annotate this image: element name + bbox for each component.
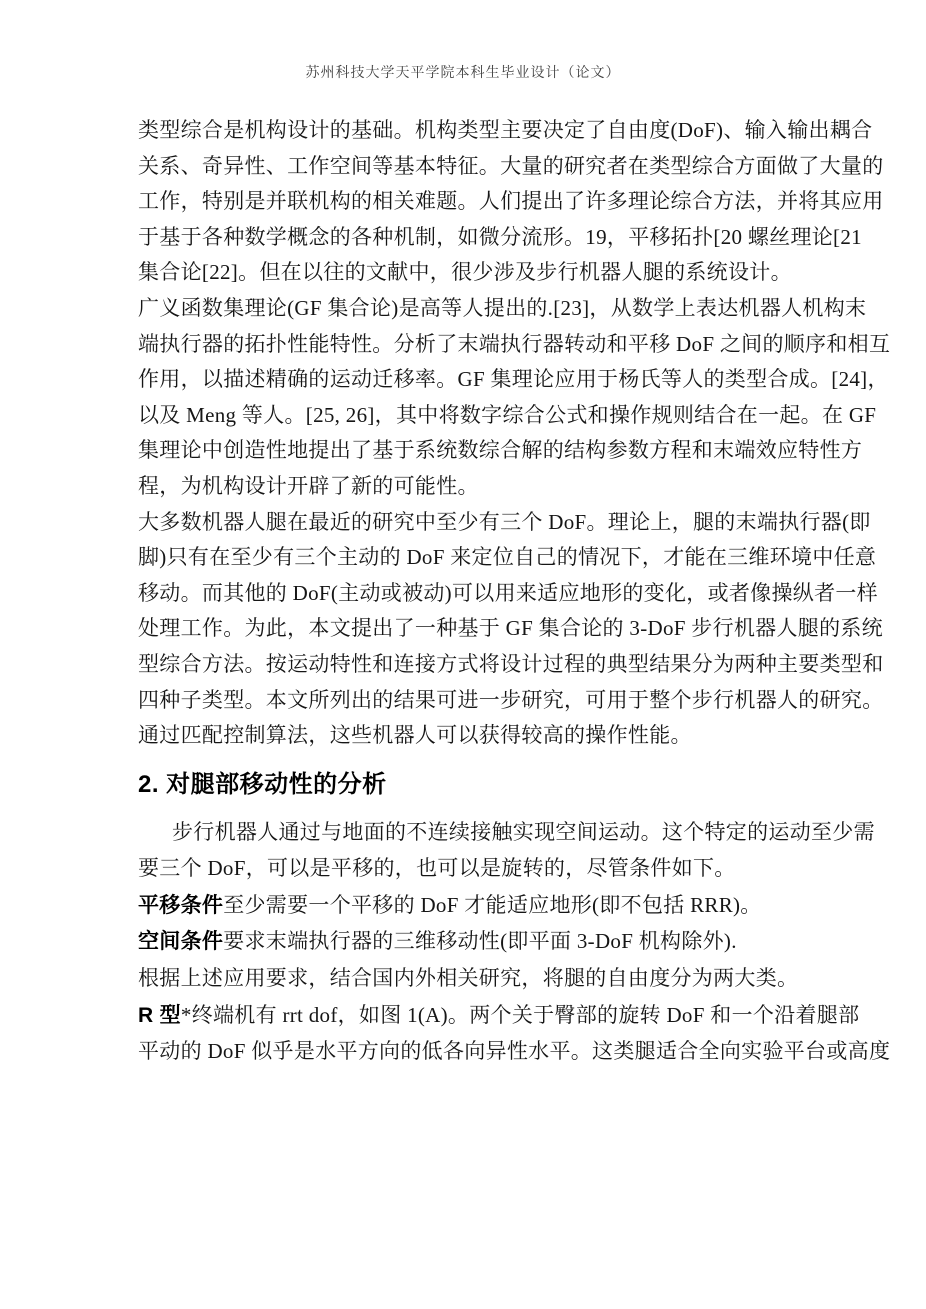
body-line: 通过匹配控制算法，这些机器人可以获得较高的操作性能。 (138, 718, 793, 754)
body-line: 类型综合是机构设计的基础。机构类型主要决定了自由度(DoF)、输入输出耦合 (138, 113, 793, 149)
r-type-term: R 型 (138, 1004, 181, 1027)
body-line: 处理工作。为此，本文提出了一种基于 GF 集合论的 3-DoF 步行机器人腿的系… (138, 611, 793, 647)
body-line: 型综合方法。按运动特性和连接方式将设计过程的典型结果分为两种主要类型和 (138, 647, 793, 683)
body-line: 于基于各种数学概念的各种机制，如微分流形。19，平移拓扑[20 螺丝理论[21 (138, 220, 793, 256)
body-line: 脚)只有在至少有三个主动的 DoF 来定位自己的情况下，才能在三维环境中任意 (138, 540, 793, 576)
body-line: 作用，以描述精确的运动迁移率。GF 集理论应用于杨氏等人的类型合成。[24]， (138, 362, 793, 398)
page-header: 苏州科技大学天平学院本科生毕业设计（论文） (0, 62, 926, 82)
condition-translation-text: 至少需要一个平移的 DoF 才能适应地形(即不包括 RRR)。 (223, 893, 761, 917)
condition-space-term: 空间条件 (138, 930, 223, 953)
document-body: 类型综合是机构设计的基础。机构类型主要决定了自由度(DoF)、输入输出耦合 关系… (138, 113, 793, 1070)
r-type-text: *终端机有 rrt dof，如图 1(A)。两个关于臀部的旋转 DoF 和一个沿… (181, 1003, 859, 1027)
body-line: 集合论[22]。但在以往的文献中，很少涉及步行机器人腿的系统设计。 (138, 255, 793, 291)
condition-space: 空间条件要求末端执行器的三维移动性(即平面 3-DoF 机构除外). (138, 923, 793, 960)
body-line: 关系、奇异性、工作空间等基本特征。大量的研究者在类型综合方面做了大量的 (138, 149, 793, 185)
body-line: 大多数机器人腿在最近的研究中至少有三个 DoF。理论上，腿的末端执行器(即 (138, 505, 793, 541)
r-type-line: R 型*终端机有 rrt dof，如图 1(A)。两个关于臀部的旋转 DoF 和… (138, 997, 793, 1034)
condition-translation: 平移条件至少需要一个平移的 DoF 才能适应地形(即不包括 RRR)。 (138, 887, 793, 924)
body-line: 程，为机构设计开辟了新的可能性。 (138, 469, 793, 505)
body-line: 端执行器的拓扑性能特性。分析了末端执行器转动和平移 DoF 之间的顺序和相互 (138, 327, 793, 363)
condition-translation-term: 平移条件 (138, 894, 223, 917)
thesis-page: 苏州科技大学天平学院本科生毕业设计（论文） 类型综合是机构设计的基础。机构类型主… (0, 0, 926, 1309)
body-line: 移动。而其他的 DoF(主动或被动)可以用来适应地形的变化，或者像操纵者一样 (138, 576, 793, 612)
body-line: 以及 Meng 等人。[25, 26]，其中将数字综合公式和操作规则结合在一起。… (138, 398, 793, 434)
condition-space-text: 要求末端执行器的三维移动性(即平面 3-DoF 机构除外). (223, 929, 737, 953)
body-line: 四种子类型。本文所列出的结果可进一步研究，可用于整个步行机器人的研究。 (138, 683, 793, 719)
body-line: 集理论中创造性地提出了基于系统数综合解的结构参数方程和末端效应特性方 (138, 433, 793, 469)
body-line: 要三个 DoF，可以是平移的，也可以是旋转的，尽管条件如下。 (138, 850, 793, 887)
body-line: 广义函数集理论(GF 集合论)是高等人提出的.[23]，从数学上表达机器人机构末 (138, 291, 793, 327)
body-line: 根据上述应用要求，结合国内外相关研究，将腿的自由度分为两大类。 (138, 960, 793, 997)
section-2-body: 步行机器人通过与地面的不连续接触实现空间运动。这个特定的运动至少需 要三个 Do… (138, 814, 793, 1070)
section-heading: 2. 对腿部移动性的分析 (138, 769, 793, 801)
body-line: 工作，特别是并联机构的相关难题。人们提出了许多理论综合方法，并将其应用 (138, 184, 793, 220)
body-line: 平动的 DoF 似乎是水平方向的低各向异性水平。这类腿适合全向实验平台或高度 (138, 1033, 793, 1070)
body-line: 步行机器人通过与地面的不连续接触实现空间运动。这个特定的运动至少需 (138, 814, 793, 851)
